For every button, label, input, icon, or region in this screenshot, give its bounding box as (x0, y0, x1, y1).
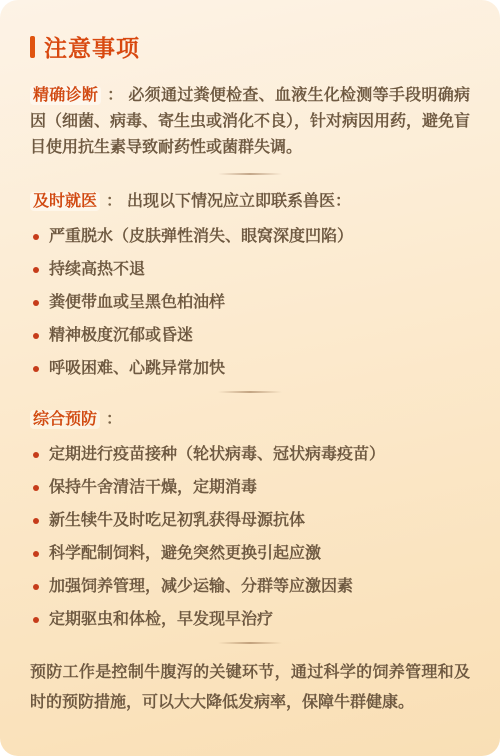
title-accent-bar-icon (30, 36, 35, 58)
list-item-text: 定期进行疫苗接种（轮状病毒、冠状病毒疫苗） (49, 445, 385, 465)
bullet-dot-icon (33, 518, 39, 524)
bullet-dot-icon (33, 267, 39, 273)
list-item-text: 精神极度沉郁或昏迷 (49, 326, 193, 346)
bullet-dot-icon (33, 584, 39, 590)
list-item: 加强饲养管理，减少运输、分群等应激因素 (30, 577, 470, 597)
section-colon: ： (107, 87, 123, 104)
list-item-text: 定期驱虫和体检，早发现早治疗 (49, 610, 273, 630)
section-colon: ： (106, 411, 122, 428)
list-item-text: 粪便带血或呈黑色柏油样 (49, 293, 225, 313)
list-item-text: 持续高热不退 (49, 260, 145, 280)
list-item: 新生犊牛及时吃足初乳获得母源抗体 (30, 511, 470, 531)
list-item: 保持牛舍清洁干燥，定期消毒 (30, 478, 470, 498)
section-label-prevention: 综合预防 (30, 410, 100, 429)
list-item: 严重脱水（皮肤弹性消失、眼窝深度凹陷） (30, 227, 470, 247)
bullet-dot-icon (33, 300, 39, 306)
bullet-dot-icon (33, 234, 39, 240)
bullet-dot-icon (33, 452, 39, 458)
section-label-accurate-diagnosis: 精确诊断 (30, 86, 101, 105)
list-item-text: 保持牛舍清洁干燥，定期消毒 (49, 478, 257, 498)
section-divider (218, 391, 282, 393)
list-item: 精神极度沉郁或昏迷 (30, 326, 470, 346)
bullet-dot-icon (33, 617, 39, 623)
page-title: 注意事项 (30, 30, 470, 63)
list-item-text: 严重脱水（皮肤弹性消失、眼窝深度凹陷） (49, 227, 353, 247)
notice-card: 注意事项 精确诊断：必须通过粪便检查、血液生化检测等手段明确病因（细菌、病毒、寄… (0, 0, 500, 756)
list-item: 科学配制饲料，避免突然更换引起应激 (30, 544, 470, 564)
page-title-text: 注意事项 (44, 30, 140, 63)
section-accurate-diagnosis: 精确诊断：必须通过粪便检查、血液生化检测等手段明确病因（细菌、病毒、寄生虫或消化… (30, 83, 470, 161)
list-item: 定期驱虫和体检，早发现早治疗 (30, 610, 470, 630)
list-item-text: 呼吸困难、心跳异常加快 (49, 359, 225, 379)
list-item: 呼吸困难、心跳异常加快 (30, 359, 470, 379)
list-item: 粪便带血或呈黑色柏油样 (30, 293, 470, 313)
prevention-list: 定期进行疫苗接种（轮状病毒、冠状病毒疫苗） 保持牛舍清洁干燥，定期消毒 新生犊牛… (30, 445, 470, 630)
list-item-text: 科学配制饲料，避免突然更换引起应激 (49, 544, 321, 564)
list-item-text: 加强饲养管理，减少运输、分群等应激因素 (49, 577, 353, 597)
section-prevention: 综合预防： (30, 407, 470, 433)
section-divider (218, 173, 282, 175)
section-divider (218, 642, 282, 644)
bullet-dot-icon (33, 551, 39, 557)
footer-summary: 预防工作是控制牛腹泻的关键环节，通过科学的饲养管理和及时的预防措施，可以大大降低… (30, 658, 470, 718)
section-text-seek-vet: 出现以下情况应立即联系兽医： (127, 193, 351, 210)
section-colon: ： (106, 193, 122, 210)
vet-warning-list: 严重脱水（皮肤弹性消失、眼窝深度凹陷） 持续高热不退 粪便带血或呈黑色柏油样 精… (30, 227, 470, 379)
list-item-text: 新生犊牛及时吃足初乳获得母源抗体 (49, 511, 305, 531)
list-item: 持续高热不退 (30, 260, 470, 280)
list-item: 定期进行疫苗接种（轮状病毒、冠状病毒疫苗） (30, 445, 470, 465)
bullet-dot-icon (33, 366, 39, 372)
section-seek-vet: 及时就医：出现以下情况应立即联系兽医： (30, 189, 470, 215)
bullet-dot-icon (33, 333, 39, 339)
section-label-seek-vet: 及时就医 (30, 192, 100, 211)
bullet-dot-icon (33, 485, 39, 491)
